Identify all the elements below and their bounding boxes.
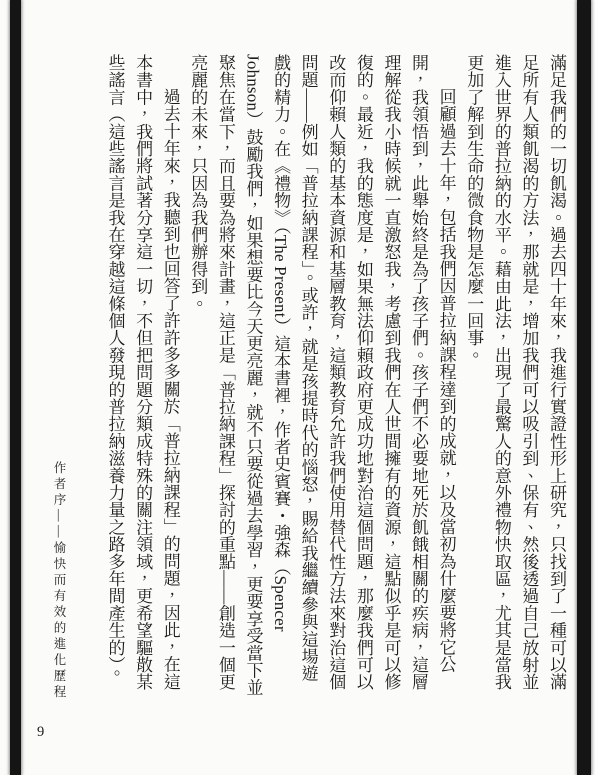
paragraph: 滿足我們的一切飢渴。過去四十年來，我進行實證性形上研究，只找到了一種可以滿足所有…: [460, 54, 570, 698]
paragraph: 回顧過去十年，包括我們因普拉納課程達到的成就，以及當初為什麼要將它公開，我領悟到…: [184, 54, 460, 698]
paragraph: 過去十年來，我聽到也回答了許許多多關於「普拉納課程」的問題，因此，在這本書中，我…: [101, 54, 184, 698]
page-number: 9: [37, 724, 44, 741]
scan-edge-left-bar: [10, 0, 21, 775]
main-text-block: 滿足我們的一切飢渴。過去四十年來，我進行實證性形上研究，只找到了一種可以滿足所有…: [90, 54, 570, 698]
scan-edge-right-bar: [577, 0, 591, 775]
margin-caption-author-preface: 作者序——愉快而有效的進化歷程: [50, 461, 68, 701]
